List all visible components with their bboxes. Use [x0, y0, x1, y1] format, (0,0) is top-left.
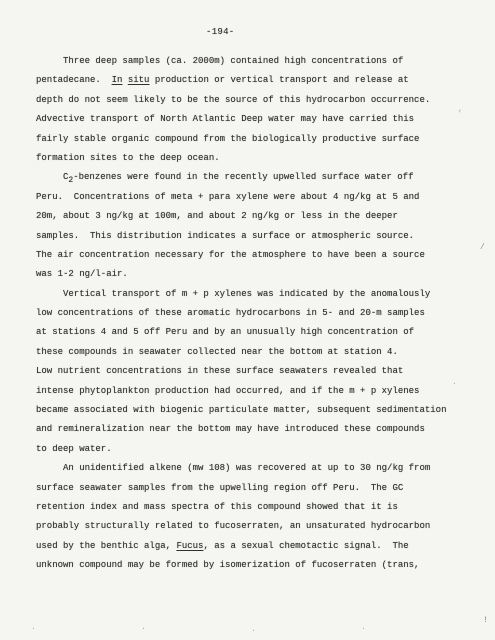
- text-segment: samples. This distribution indicates a s…: [36, 231, 414, 241]
- text-line: C2-benzenes were found in the recently u…: [36, 168, 446, 187]
- underlined-text: Fucus: [176, 541, 203, 551]
- text-segment: Vertical transport of m + p xylenes was …: [36, 289, 430, 299]
- text-line: to deep water.: [36, 440, 446, 459]
- text-segment: Advective transport of North Atlantic De…: [36, 114, 414, 124]
- text-segment: Peru. Concentrations of meta + para xyle…: [36, 192, 419, 202]
- scan-speck: ,: [458, 106, 463, 114]
- text-segment: depth do not seem likely to be the sourc…: [36, 95, 430, 105]
- text-line: formation sites to the deep ocean.: [36, 149, 446, 168]
- text-segment: , as a sexual chemotactic signal. The: [203, 541, 408, 551]
- text-segment: pentadecane.: [36, 75, 112, 85]
- text-segment: Three deep samples (ca. 2000m) contained…: [36, 56, 403, 66]
- scan-speck: .: [452, 379, 457, 387]
- underlined-text: situ: [128, 75, 150, 85]
- page-number: -194-: [206, 27, 235, 37]
- text-segment: fairly stable organic compound from the …: [36, 134, 419, 144]
- text-segment: unknown compound may be formed by isomer…: [36, 560, 419, 570]
- scan-speck: .: [141, 624, 146, 632]
- text-segment: surface seawater samples from the upwell…: [36, 483, 403, 493]
- text-segment: Low nutrient concentrations in these sur…: [36, 366, 403, 376]
- text-segment: to deep water.: [36, 444, 112, 454]
- text-segment: used by the benthic alga,: [36, 541, 176, 551]
- subscript-text: 2: [68, 176, 73, 185]
- text-line: and remineralization near the bottom may…: [36, 420, 446, 439]
- text-segment: probably structurally related to fucoser…: [36, 521, 430, 531]
- document-page: -194- Three deep samples (ca. 2000m) con…: [0, 0, 495, 640]
- text-line: unknown compound may be formed by isomer…: [36, 556, 446, 575]
- document-text: Three deep samples (ca. 2000m) contained…: [36, 52, 446, 576]
- underlined-text: In: [112, 75, 123, 85]
- text-segment: became associated with biogenic particul…: [36, 405, 446, 415]
- text-line: The air concentration necessary for the …: [36, 246, 446, 265]
- text-line: Low nutrient concentrations in these sur…: [36, 362, 446, 381]
- text-segment: The air concentration necessary for the …: [36, 250, 425, 260]
- text-line: became associated with biogenic particul…: [36, 401, 446, 420]
- text-segment: and remineralization near the bottom may…: [36, 424, 425, 434]
- text-segment: low concentrations of these aromatic hyd…: [36, 308, 425, 318]
- text-line: probably structurally related to fucoser…: [36, 517, 446, 536]
- text-segment: retention index and mass spectra of this…: [36, 502, 398, 512]
- text-segment: 20m, about 3 ng/kg at 100m, and about 2 …: [36, 211, 398, 221]
- scan-speck: /: [480, 244, 485, 252]
- text-line: Advective transport of North Atlantic De…: [36, 110, 446, 129]
- text-line: intense phytoplankton production had occ…: [36, 382, 446, 401]
- text-line: used by the benthic alga, Fucus, as a se…: [36, 537, 446, 556]
- text-line: Three deep samples (ca. 2000m) contained…: [36, 52, 446, 71]
- text-segment: intense phytoplankton production had occ…: [36, 386, 419, 396]
- text-line: low concentrations of these aromatic hyd…: [36, 304, 446, 323]
- scan-speck: .: [361, 624, 366, 632]
- text-segment: these compounds in seawater collected ne…: [36, 347, 398, 357]
- text-line: these compounds in seawater collected ne…: [36, 343, 446, 362]
- text-line: depth do not seem likely to be the sourc…: [36, 91, 446, 110]
- text-line: Peru. Concentrations of meta + para xyle…: [36, 188, 446, 207]
- text-line: fairly stable organic compound from the …: [36, 130, 446, 149]
- text-segment: formation sites to the deep ocean.: [36, 153, 220, 163]
- text-line: retention index and mass spectra of this…: [36, 498, 446, 517]
- text-segment: C: [36, 172, 68, 182]
- text-line: An unidentified alkene (mw 108) was reco…: [36, 459, 446, 478]
- text-line: Vertical transport of m + p xylenes was …: [36, 285, 446, 304]
- text-line: samples. This distribution indicates a s…: [36, 227, 446, 246]
- text-segment: -benzenes were found in the recently upw…: [73, 172, 413, 182]
- text-segment: An unidentified alkene (mw 108) was reco…: [36, 463, 430, 473]
- text-line: 20m, about 3 ng/kg at 100m, and about 2 …: [36, 207, 446, 226]
- scan-speck: .: [31, 624, 36, 632]
- scan-speck: .: [251, 626, 256, 634]
- text-line: surface seawater samples from the upwell…: [36, 479, 446, 498]
- text-line: was 1-2 ng/l-air.: [36, 265, 446, 284]
- scan-speck: !: [483, 617, 488, 625]
- text-segment: production or vertical transport and rel…: [149, 75, 408, 85]
- text-line: at stations 4 and 5 off Peru and by an u…: [36, 323, 446, 342]
- text-line: pentadecane. In situ production or verti…: [36, 71, 446, 90]
- text-segment: at stations 4 and 5 off Peru and by an u…: [36, 327, 414, 337]
- text-segment: was 1-2 ng/l-air.: [36, 269, 128, 279]
